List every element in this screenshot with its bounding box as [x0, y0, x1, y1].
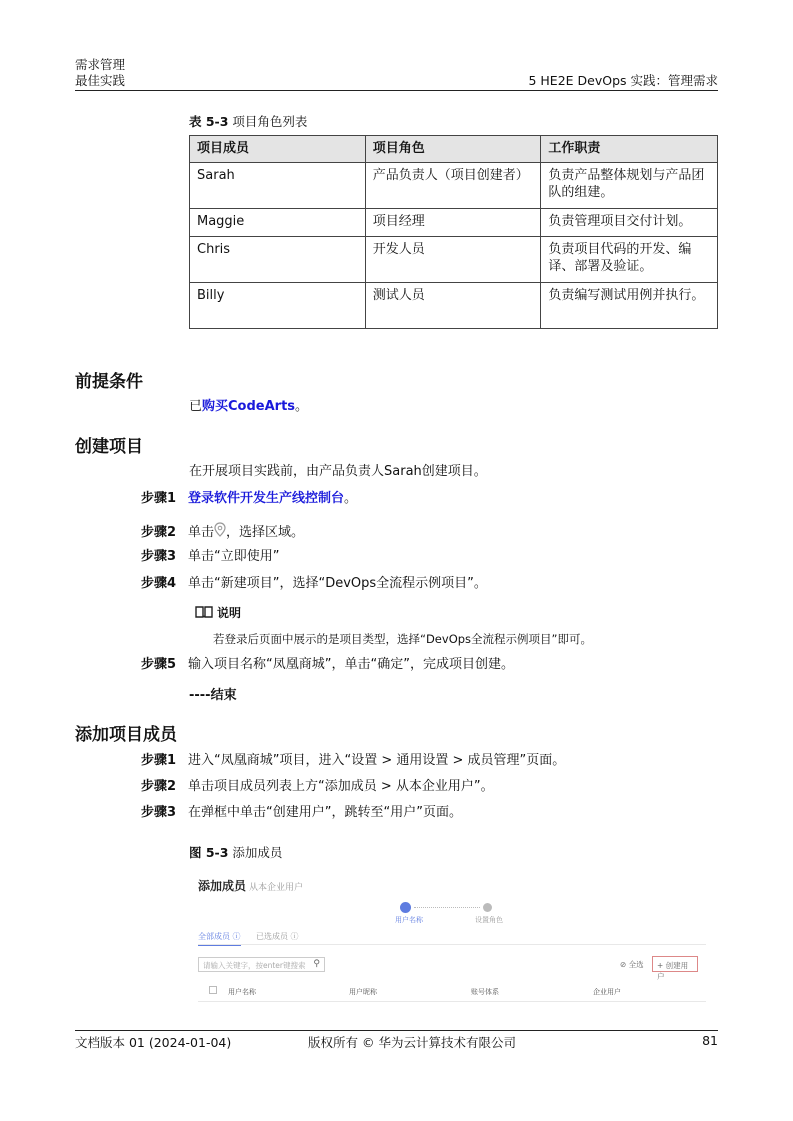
book-icon	[195, 605, 213, 621]
search-input[interactable]: 请输入关键字，按enter键搜索 ⚲	[198, 957, 325, 972]
roles-table: 项目成员 项目角色 工作职责 Sarah 产品负责人（项目创建者） 负责产品整体…	[189, 135, 718, 329]
doc-version: 文档版本 01 (2024-01-04)	[75, 1033, 231, 1051]
header-doc-title: 需求管理 最佳实践	[75, 57, 125, 89]
tab-all-members[interactable]: 全部成员 ⓘ	[198, 931, 241, 946]
search-icon: ⚲	[313, 959, 320, 969]
prereq-text: 已购买CodeArts。	[189, 398, 308, 416]
figure-caption: 图 5-3 添加成员	[189, 843, 282, 861]
tab-selected-members[interactable]: 已选成员 ⓘ	[256, 931, 299, 942]
heading-create-project: 创建项目	[75, 432, 143, 457]
step-active-icon	[400, 902, 411, 913]
create-step-1: 步骤1登录软件开发生产线控制台。	[141, 490, 357, 508]
create-step-3: 步骤3单击“立即使用”	[141, 548, 279, 566]
step-inactive-icon	[483, 903, 492, 912]
create-step-5: 步骤5输入项目名称“凤凰商城”，单击“确定”，完成项目创建。	[141, 656, 514, 674]
buy-codearts-link[interactable]: 购买CodeArts	[202, 399, 295, 414]
column-header: 工作职责	[541, 136, 718, 163]
heading-prerequisites: 前提条件	[75, 367, 143, 392]
create-user-button[interactable]: + 创建用户	[652, 956, 698, 972]
heading-add-members: 添加项目成员	[75, 720, 177, 745]
dialog-title: 添加成员从本企业用户	[198, 877, 303, 894]
note-header: 说明	[195, 604, 241, 621]
column-header: 项目角色	[365, 136, 541, 163]
member-tabs: 全部成员 ⓘ 已选成员 ⓘ	[198, 931, 706, 945]
table-caption: 表 5-3 项目角色列表	[189, 112, 307, 130]
create-step-2: 步骤2单击，选择区域。	[141, 522, 304, 543]
note-body: 若登录后页面中展示的是项目类型，选择“DevOps全流程示例项目”即可。	[213, 631, 592, 647]
table-row: Sarah 产品负责人（项目创建者） 负责产品整体规划与产品团队的组建。	[190, 163, 718, 209]
console-login-link[interactable]: 登录软件开发生产线控制台	[188, 491, 344, 506]
add-step-3: 步骤3在弹框中单击“创建用户”，跳转至“用户”页面。	[141, 804, 462, 822]
page-number: 81	[702, 1033, 718, 1048]
select-all-button[interactable]: ⊘ 全选	[620, 959, 644, 970]
copyright: 版权所有 © 华为云计算技术有限公司	[308, 1033, 516, 1051]
table-row: Billy 测试人员 负责编写测试用例并执行。	[190, 283, 718, 329]
table-header-row: 项目成员 项目角色 工作职责	[190, 136, 718, 163]
select-all-icon: ⊘	[620, 960, 629, 969]
location-pin-icon	[214, 522, 226, 543]
add-step-1: 步骤1进入“凤凰商城”项目，进入“设置 > 通用设置 > 成员管理”页面。	[141, 752, 565, 770]
page-header: 需求管理 最佳实践 5 HE2E DevOps 实践：管理需求	[75, 57, 718, 91]
column-header: 项目成员	[190, 136, 366, 163]
table-row: Chris 开发人员 负责项目代码的开发、编译、部署及验证。	[190, 237, 718, 283]
add-member-screenshot: 添加成员从本企业用户 用户名称 设置角色 全部成员 ⓘ 已选成员 ⓘ 请输入关键…	[190, 870, 712, 1005]
header-chapter: 5 HE2E DevOps 实践：管理需求	[528, 73, 718, 89]
create-step-4: 步骤4单击“新建项目”，选择“DevOps全流程示例项目”。	[141, 575, 487, 593]
create-intro: 在开展项目实践前，由产品负责人Sarah创建项目。	[189, 463, 487, 481]
page-footer: 文档版本 01 (2024-01-04) 版权所有 © 华为云计算技术有限公司 …	[75, 1030, 718, 1052]
add-step-2: 步骤2单击项目成员列表上方“添加成员 > 从本企业用户”。	[141, 778, 494, 796]
select-all-checkbox[interactable]	[209, 986, 217, 994]
table-row: Maggie 项目经理 负责管理项目交付计划。	[190, 209, 718, 237]
wizard-stepper: 用户名称 设置角色	[395, 900, 505, 926]
user-table-header: 用户名称 用户昵称 账号体系 企业用户	[198, 982, 706, 1002]
procedure-end: ----结束	[189, 684, 237, 703]
